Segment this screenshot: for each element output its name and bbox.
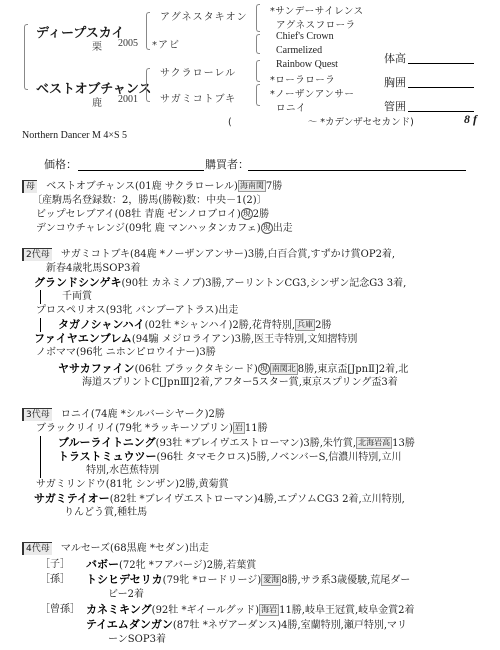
dam-lead-result: 7勝 (266, 181, 282, 192)
third-dam-tag: 3代母 (22, 408, 52, 421)
gen3-horse: Carmelized (276, 45, 322, 56)
foal-result: 出走 (273, 223, 293, 234)
horse-name: バボー (86, 558, 119, 571)
horse-name: カネミキング (86, 603, 152, 616)
horse-name: サガミテイオー (34, 492, 110, 505)
dam-year: 2001 (118, 94, 138, 105)
cannon-label: 管囲 (384, 98, 406, 114)
second-dam-lead-cont: 新春4歳牝馬SOP3着 (46, 262, 141, 276)
third-dam-lead: ロニイ(74鹿 *シルバーシヤーク)2勝 (61, 409, 225, 420)
sire-year: 2005 (118, 38, 138, 49)
price-field[interactable] (78, 170, 204, 171)
price-label: 価格： (44, 156, 77, 172)
gen3-horse: Chief's Crown (276, 31, 334, 42)
horse-name: ヤサカファイン (58, 362, 135, 375)
horse-record-cont: 特別,水芭蕉特別 (86, 464, 159, 478)
family-number: 8 f (464, 112, 477, 127)
foal-name: デンコウチャレンジ(09牝 鹿 マンハッタンカフェ) (36, 223, 261, 234)
progeny-connector (40, 318, 41, 332)
second-dam-tag: 2代母 (22, 248, 52, 261)
progeny-connector (40, 436, 41, 478)
gen3-horse: *ローラローラ (270, 72, 335, 86)
height-field[interactable] (408, 63, 474, 64)
buyer-label: 購買者： (205, 156, 249, 172)
foal-name: ビップセレブアイ(08牡 青鹿 ゼンノロブロイ) (36, 209, 241, 220)
horse-name: タガノシャンハイ (58, 318, 145, 331)
current-mark: 現 (258, 363, 270, 375)
gen3-horse: Rainbow Quest (276, 59, 338, 70)
horse-record-tail: 8勝,東京盃[JpnⅡ]2着,北 (298, 364, 409, 375)
sire-color: 栗 (92, 38, 102, 53)
gen3-horse: ロニイ (276, 100, 306, 114)
fourth-dam-tag: 4代母 (22, 542, 52, 555)
region-badge: 南関北 (270, 363, 298, 375)
current-mark: 現 (241, 208, 253, 220)
relation-label: ［曾孫］ (40, 603, 80, 617)
horse-record-tail: 8勝,サラ系3歳優駿,荒尾ダー (281, 575, 410, 586)
current-mark: 現 (261, 222, 273, 234)
horse-name: トシヒデセリカ (86, 573, 163, 586)
horse-record: (94騸 メジロライアン)3勝,医王寺特別,文知摺特別 (132, 334, 357, 345)
chest-label: 胸囲 (384, 74, 406, 90)
dam-tag: 母 (22, 180, 37, 193)
dam-bracket (146, 68, 150, 102)
offspring-summary: 〔産駒馬名登録数：2，勝馬(勝鞍)数：中央－1(2)〕 (32, 194, 267, 208)
horse-name: トラストミュウツー (58, 450, 156, 463)
horse-record-tail: 11勝 (245, 423, 268, 434)
horse-record-cont: 千両賞 (62, 290, 92, 304)
gen3-bracket-3 (256, 60, 260, 82)
height-label: 体高 (384, 50, 406, 66)
region-badge: 兵庫 (295, 319, 315, 331)
horse-record: ノボママ(96牝 ニホンピロウイナー)3勝 (36, 346, 216, 360)
horse-record-cont: ビー2着 (108, 588, 144, 602)
horse-record: (82牡 *ブレイヴエストローマン)4勝,エプソムCG3 2着,立川特別, (110, 494, 405, 505)
gen3-horse: *ノーザンアンサー (270, 86, 354, 100)
dam-dam: サガミコトブキ (160, 90, 236, 105)
horse-record: ブラックリイリイ(79牝 *ラッキーソブリン) (36, 423, 233, 434)
horse-record: (90牡 カネミノブ)3勝,アーリントンCG3,シンザン記念G3 3着, (122, 278, 407, 289)
progeny-connector (40, 290, 41, 304)
gen3-bracket-4 (256, 84, 260, 106)
horse-record-cont: ーンSOP3着 (108, 633, 166, 647)
pedigree-bracket (24, 24, 28, 90)
sire-sire: アグネスタキオン (160, 8, 248, 23)
horse-record-cont: 海道スプリントC[JpnⅢ]2着,アフター5スター賞,東京スプリング盃3着 (82, 376, 398, 390)
dam-lead: ベストオブチャンス(01鹿 サクラローレル) (46, 181, 238, 192)
inbreeding-note: Northern Dancer M 4×S 5 (22, 130, 127, 141)
horse-record: (96牡 タマモクロス)5勝,ノベンバーS,信濃川特別,立川 (156, 452, 401, 463)
horse-name: ファイヤエンブレム (34, 332, 132, 345)
region-badge: 北海岩高 (356, 437, 392, 449)
horse-record: (72牝 *フアバージ)2勝,若葉賞 (119, 560, 256, 571)
region-badge: 岩 (233, 422, 245, 434)
gen3-bracket-1 (256, 4, 260, 32)
sire-dam: *アビ (152, 36, 180, 51)
horse-name: テイエムダンガン (86, 618, 173, 631)
second-dam-lead: サガミコトブキ(84鹿 *ノーザンアンサー)3勝,白百合賞,すずかけ賞OP2着, (61, 249, 395, 260)
horse-name: グランドシンゲキ (34, 276, 122, 289)
relation-label: ［孫］ (40, 573, 70, 587)
horse-record: (87牡 *ネヴアーダンス)4勝,室蘭特別,瀬戸特別,マリ (173, 620, 407, 631)
horse-record: (79牝 *ロードリージ) (163, 575, 262, 586)
horse-record: (92牡 *ギイールグッド) (152, 605, 259, 616)
sire-name: ディープスカイ (36, 22, 124, 41)
chest-field[interactable] (408, 87, 474, 88)
horse-record-tail: 2勝 (315, 320, 331, 331)
gen3-horse: アグネスフローラ (276, 17, 356, 31)
gen3-bracket-2 (256, 34, 260, 54)
horse-name: ブルーライトニング (58, 436, 156, 449)
region-badge: 海岩 (259, 604, 279, 616)
gen3-horse: *サンデーサイレンス (270, 3, 364, 17)
fourth-dam-lead: マルセーズ(68黒鹿 *セダン)出走 (61, 543, 209, 554)
relation-label: ［子］ (40, 558, 70, 572)
dam-color: 鹿 (92, 94, 102, 109)
horse-record-tail: 13勝 (392, 438, 415, 449)
region-badge: 愛海 (261, 574, 281, 586)
horse-record-cont: りんどう賞,種牡馬 (64, 506, 147, 520)
horse-record: サガミリンドウ(81牝 シンザン)2勝,黄菊賞 (36, 478, 229, 492)
sire-bracket (146, 12, 150, 50)
horse-record: (93牡 *ブレイヴエストローマン)3勝,朱竹賞, (156, 438, 357, 449)
foal-result: 2勝 (253, 209, 269, 220)
family-line: ( 〜 *カデンザセセカンド) (228, 114, 414, 128)
dam-sire: サクラローレル (160, 64, 236, 79)
horse-record: (06牡 ブラックタキシード) (135, 364, 258, 375)
buyer-field[interactable] (248, 170, 466, 171)
horse-record: プロスペリオス(93牝 バンブーアトラス)出走 (36, 304, 238, 318)
horse-record-tail: 11勝,岐阜王冠賞,岐阜金賞2着 (279, 605, 414, 616)
region-badge: 海南関 (238, 180, 266, 192)
horse-record: (02牡 *シャンハイ)2勝,花背特別, (145, 320, 296, 331)
